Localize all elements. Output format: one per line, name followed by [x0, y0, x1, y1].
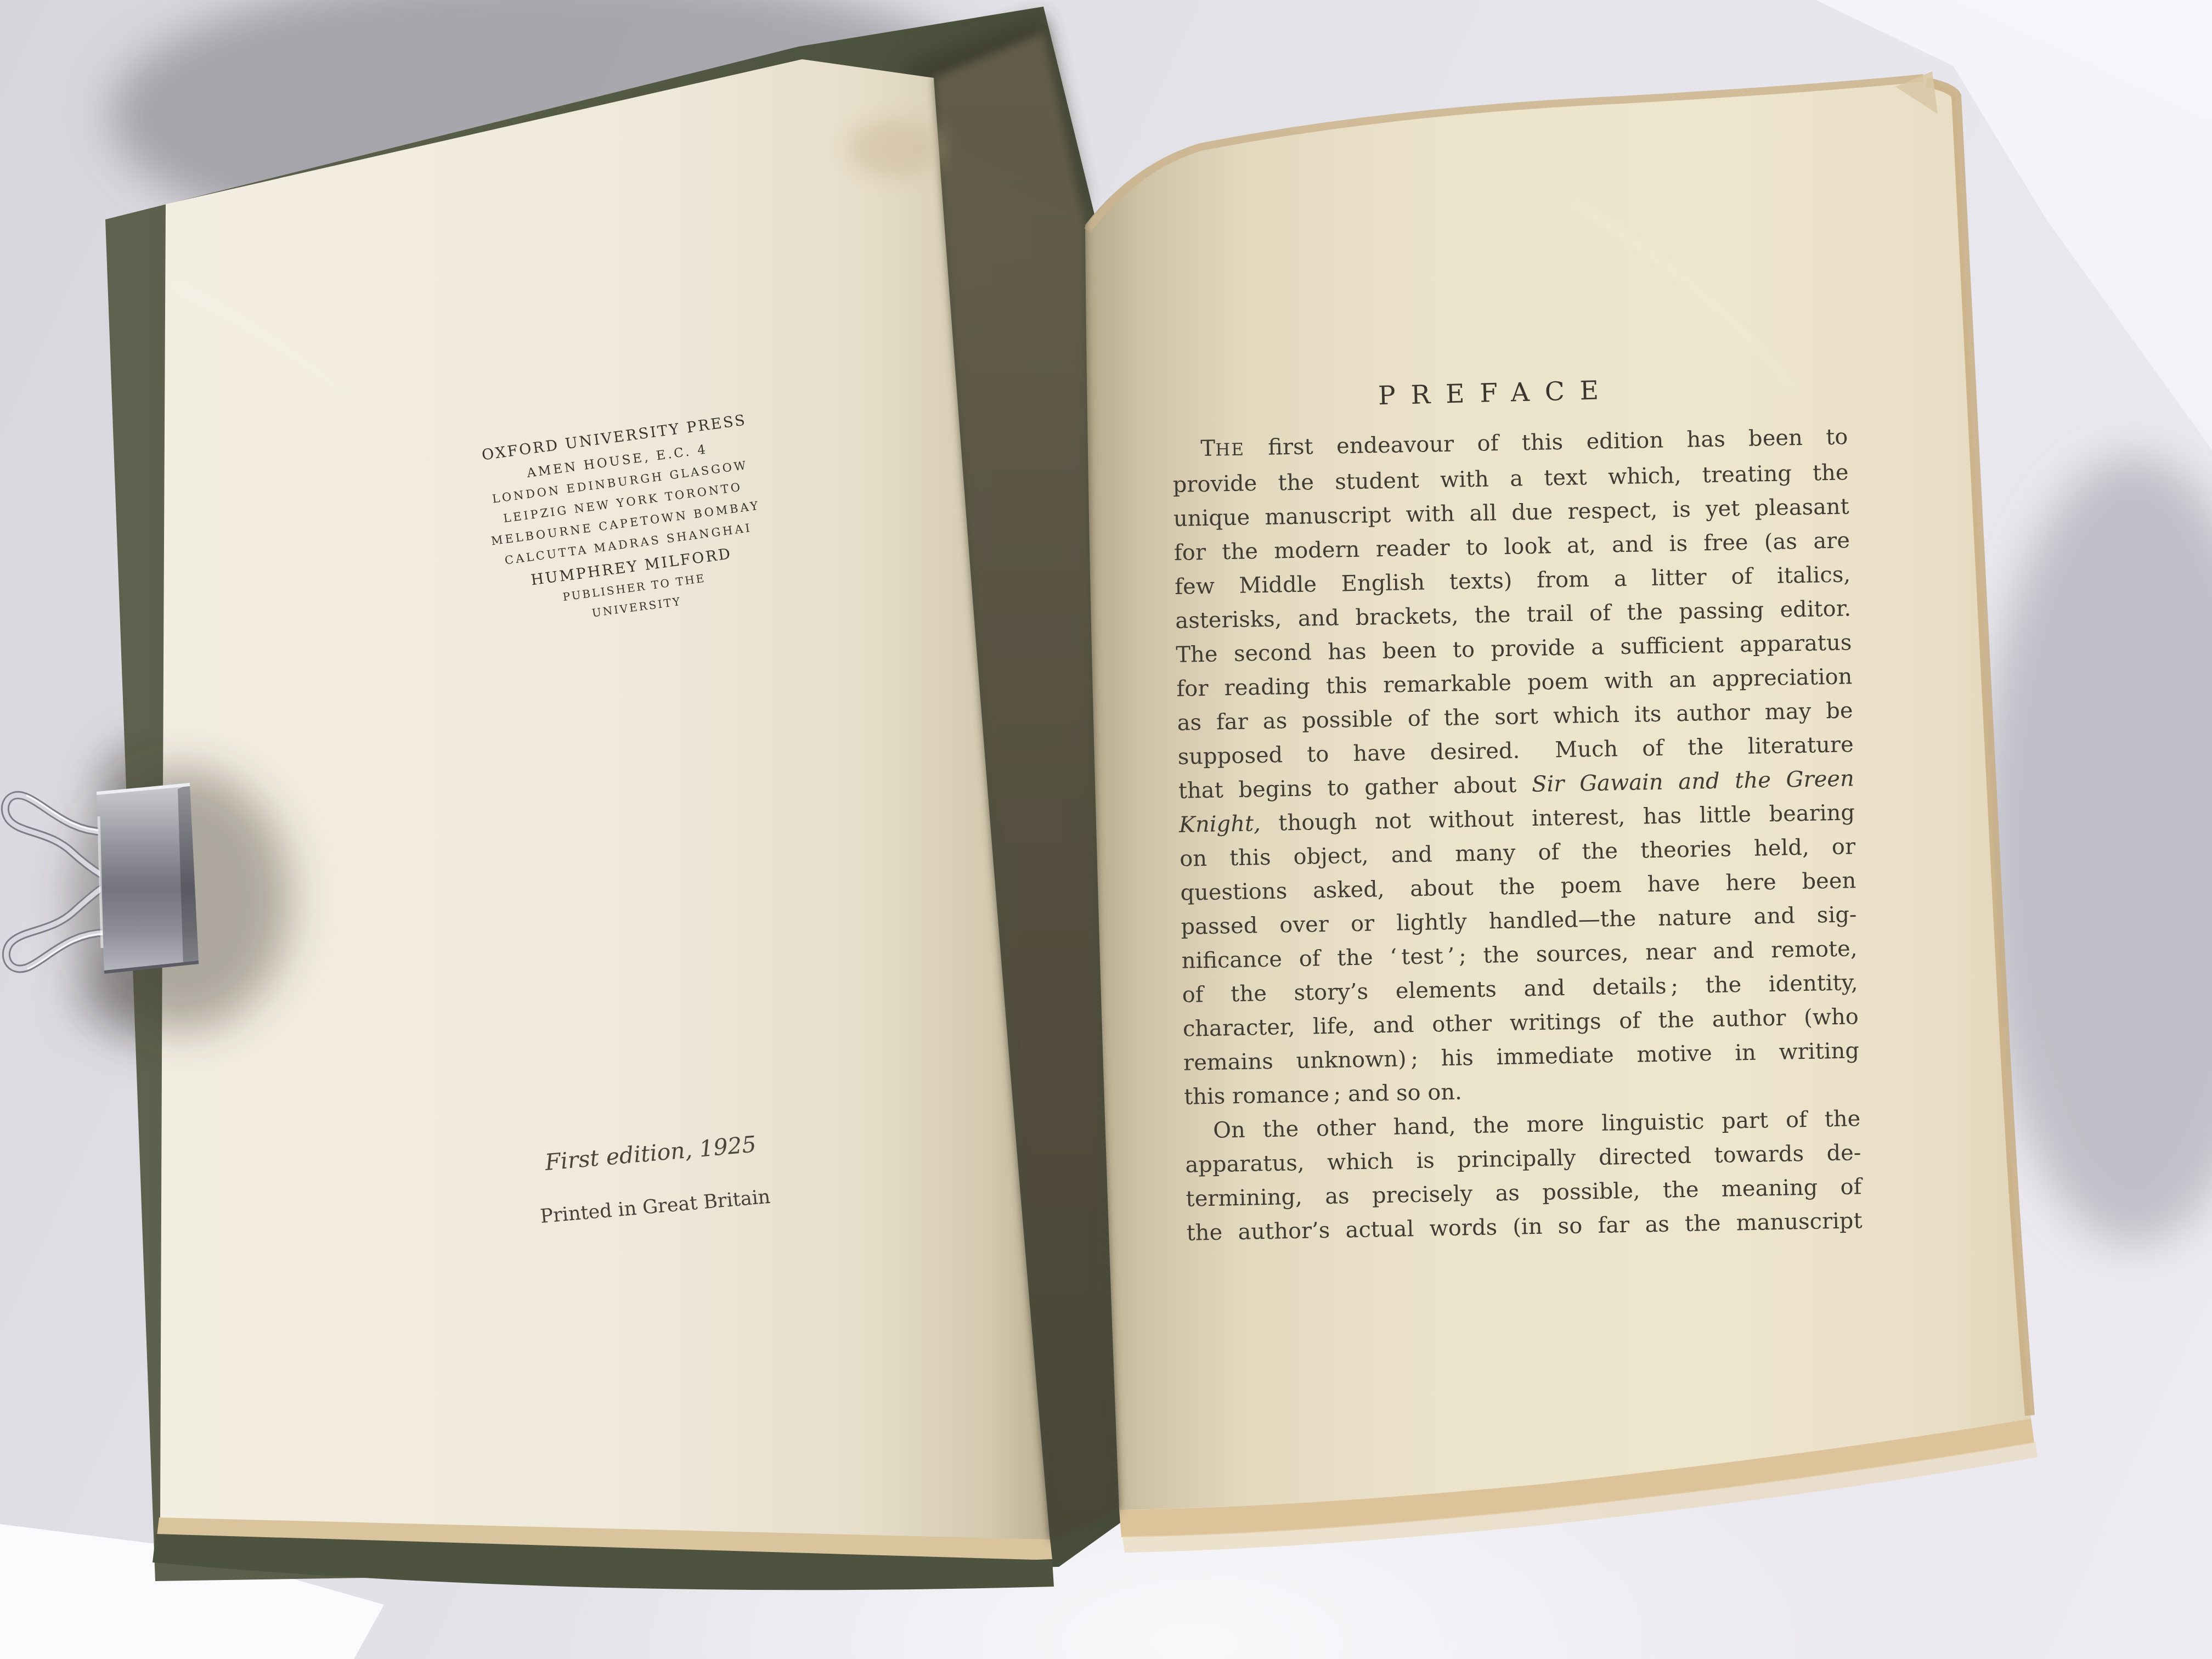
- book-title-italic: Sir Gawain and the Green: [1532, 766, 1855, 797]
- water-stain: [848, 118, 941, 178]
- line-text: that begins to gather about: [1178, 772, 1532, 804]
- book-title-italic: Knight,: [1179, 811, 1261, 838]
- line-text: first endeavour of this edition has been…: [1244, 424, 1848, 460]
- preface-paragraph-1: THE first endeavour of this edition has …: [1172, 420, 1860, 1114]
- ambient-shadow-right: [1980, 455, 2212, 1245]
- clip-handle-bottom: [6, 889, 106, 969]
- clip-body: [97, 785, 199, 972]
- lead-small-caps: HE: [1215, 440, 1245, 460]
- binder-clip: [0, 751, 236, 1006]
- open-book: [0, 0, 2212, 1659]
- photo-stage: OXFORD UNIVERSITY PRESS AMEN HOUSE, E.C.…: [0, 0, 2212, 1659]
- left-page-surface: [160, 59, 1050, 1547]
- lead-cap: T: [1200, 436, 1216, 461]
- preface-paragraph-2: On the other hand, the more linguistic p…: [1184, 1102, 1863, 1250]
- preface-body: THE first endeavour of this edition has …: [1172, 420, 1863, 1250]
- clip-handle-top: [5, 795, 106, 874]
